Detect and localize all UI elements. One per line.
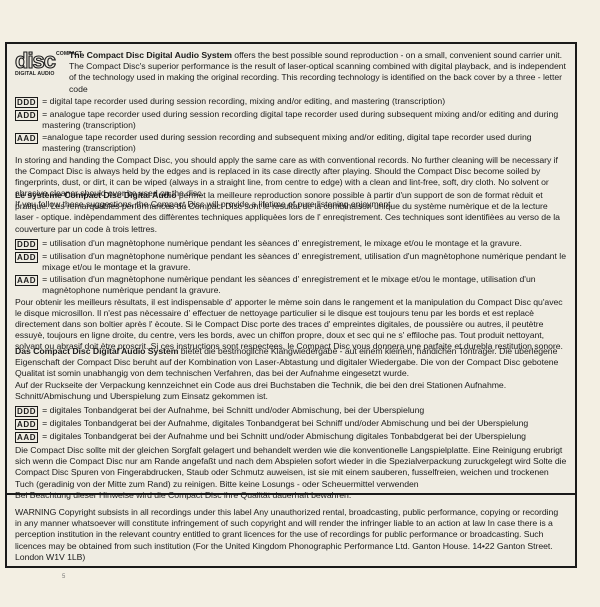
code-badge: ADD	[15, 252, 38, 263]
code-description: = digitales Tonbandgerat bei der Aufnahm…	[42, 431, 526, 442]
section-english: disc COMPACT DIGITAL AUDIO The Compact D…	[7, 50, 575, 211]
intro-paragraph-fr: Le système Compact Disc Digital Audio pe…	[15, 190, 567, 235]
code-badge: AAD	[15, 432, 38, 443]
intro-heading-fr: Le système Compact Disc Digital Audio	[15, 190, 176, 200]
code-badge: AAD	[15, 133, 38, 144]
code-row: ADD = digitales Tonbandgerat bei der Auf…	[15, 418, 567, 430]
logo-digital-audio-text: DIGITAL AUDIO	[15, 71, 55, 78]
intro-paragraph-en: The Compact Disc Digital Audio System of…	[69, 50, 567, 95]
code-badge: AAD	[15, 275, 38, 286]
section-warning: WARNING Copyright subsists in all record…	[7, 507, 575, 563]
code-badge: DDD	[15, 239, 38, 250]
code-row: DDD = digital tape recorder used during …	[15, 96, 567, 108]
code-description: = analogue tape recorder used during ses…	[42, 109, 567, 131]
intro-heading-de: Das Compact Disc Digital Audio System	[15, 346, 178, 356]
section-divider	[7, 493, 575, 495]
code-description: =analogue tape recorder used during sess…	[42, 132, 567, 154]
section-german: Das Compact Disc Digital Audio System bi…	[7, 346, 575, 501]
code-description: = utilisation d'un magnètophone numèriqu…	[42, 251, 567, 273]
intro-paragraph-de: Das Compact Disc Digital Audio System bi…	[15, 346, 567, 380]
liner-notes-box: disc COMPACT DIGITAL AUDIO The Compact D…	[5, 42, 577, 568]
code-row: DDD = digitales Tonbandgerat bei der Auf…	[15, 405, 567, 417]
logo-disc-mark: disc	[15, 51, 55, 71]
section-french: Le système Compact Disc Digital Audio pe…	[7, 190, 575, 353]
intro-paragraph-de-2: Auf der Ruckseite der Verpackung kennzei…	[15, 380, 567, 402]
code-row: AAD =analogue tape recorder used during …	[15, 132, 567, 154]
intro-heading-en: The Compact Disc Digital Audio System	[69, 50, 232, 60]
compact-disc-logo-icon: disc COMPACT DIGITAL AUDIO	[15, 51, 65, 85]
code-description: = digital tape recorder used during sess…	[42, 96, 445, 107]
code-description: = utilisation d'un magnètophone numèriqu…	[42, 274, 567, 296]
closing-paragraph-de: Bei Beachtung dieser Hinweise wird die C…	[15, 490, 567, 501]
code-row: ADD = utilisation d'un magnètophone numè…	[15, 251, 567, 273]
code-row: ADD = analogue tape recorder used during…	[15, 109, 567, 131]
code-badge: ADD	[15, 110, 38, 121]
page-mark: 5	[62, 574, 65, 580]
code-description: = digitales Tonbandgerat bei der Aufnahm…	[42, 405, 424, 416]
copyright-warning: WARNING Copyright subsists in all record…	[15, 507, 567, 563]
code-description: = digitales Tonbandgerat bei der Aufnahm…	[42, 418, 528, 429]
code-badge: DDD	[15, 406, 38, 417]
care-paragraph-de: Die Compact Disc sollte mit der gleichen…	[15, 445, 567, 490]
code-row: DDD = utilisation d'un magnètophone numè…	[15, 238, 567, 250]
code-description: = utilisation d'un magnètophone numèriqu…	[42, 238, 522, 249]
code-row: AAD = utilisation d'un magnètophone numè…	[15, 274, 567, 296]
code-badge: DDD	[15, 97, 38, 108]
code-badge: ADD	[15, 419, 38, 430]
code-row: AAD = digitales Tonbandgerat bei der Auf…	[15, 431, 567, 443]
care-paragraph-fr: Pour obtenir les meilleurs rèsultats, il…	[15, 297, 567, 353]
